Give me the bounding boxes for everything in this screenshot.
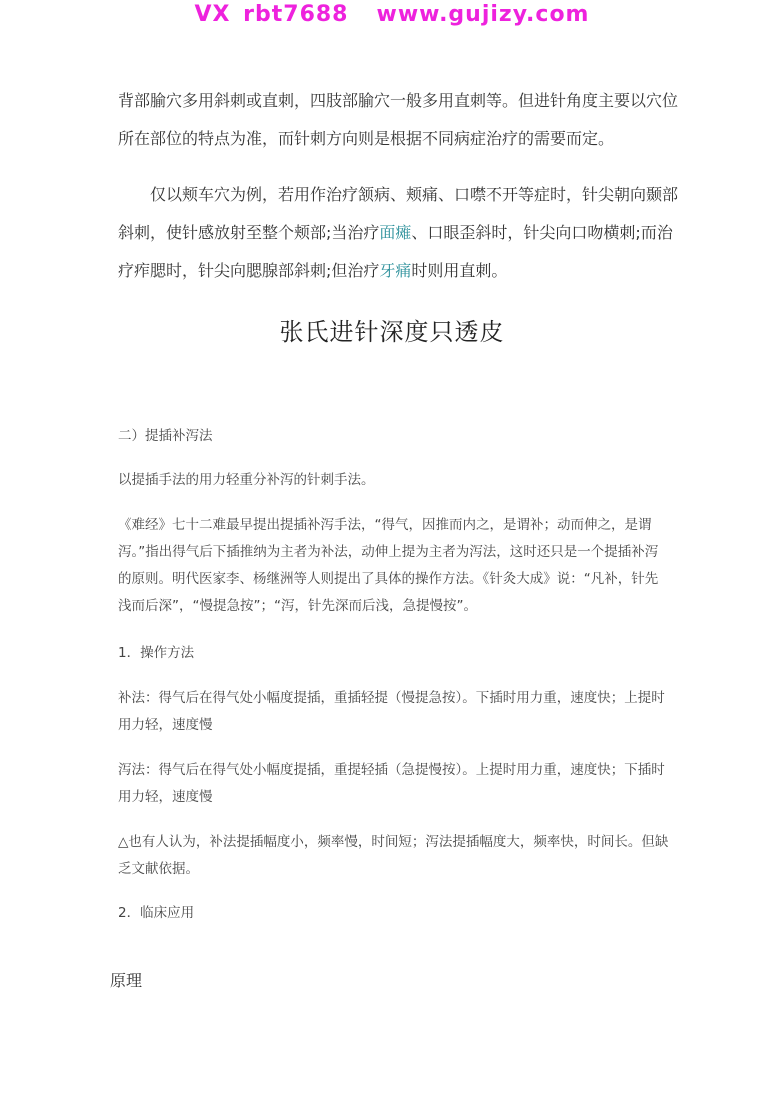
text-fragment: 时则用直刺。: [411, 261, 507, 280]
paragraph-history: 《难经》七十二难最早提出提插补泻手法，“得气，因推而内之，是谓补；动而伸之，是谓…: [118, 512, 670, 620]
subheading-operation-method: 1．操作方法: [118, 640, 678, 667]
paragraph-jiache-example: 仅以颊车穴为例，若用作治疗颔病、颊痛、口噤不开等症时，针尖朝向颞部斜刺，使针感放…: [118, 176, 678, 290]
link-facial-paralysis[interactable]: 面瘫: [379, 223, 411, 242]
heading-principle: 原理: [110, 968, 142, 991]
section-heading-lifting-thrusting: 二）提插补泻法: [118, 423, 678, 450]
link-toothache[interactable]: 牙痛: [379, 261, 411, 280]
paragraph-tonifying-method: 补法：得气后在得气处小幅度提插，重插轻提（慢提急按）。下插时用力重，速度快；上提…: [118, 685, 666, 739]
watermark: VX rbt7688www.gujizy.com: [0, 2, 784, 27]
watermark-url: www.gujizy.com: [377, 2, 590, 27]
subheading-clinical-application: 2．临床应用: [118, 900, 678, 927]
paragraph-intro: 以提插手法的用力轻重分补泻的针刺手法。: [118, 467, 678, 494]
watermark-wechat: VX rbt7688: [195, 2, 349, 27]
page-title: 张氏进针深度只透皮: [0, 312, 784, 347]
paragraph-needle-angle: 背部腧穴多用斜刺或直刺，四肢部腧穴一般多用直刺等。但进针角度主要以穴位所在部位的…: [118, 82, 678, 158]
paragraph-reducing-method: 泻法：得气后在得气处小幅度提插，重提轻插（急提慢按）。上提时用力重，速度快；下插…: [118, 757, 666, 811]
paragraph-note: △也有人认为，补法提插幅度小，频率慢，时间短；泻法提插幅度大，频率快，时间长。但…: [118, 829, 674, 883]
